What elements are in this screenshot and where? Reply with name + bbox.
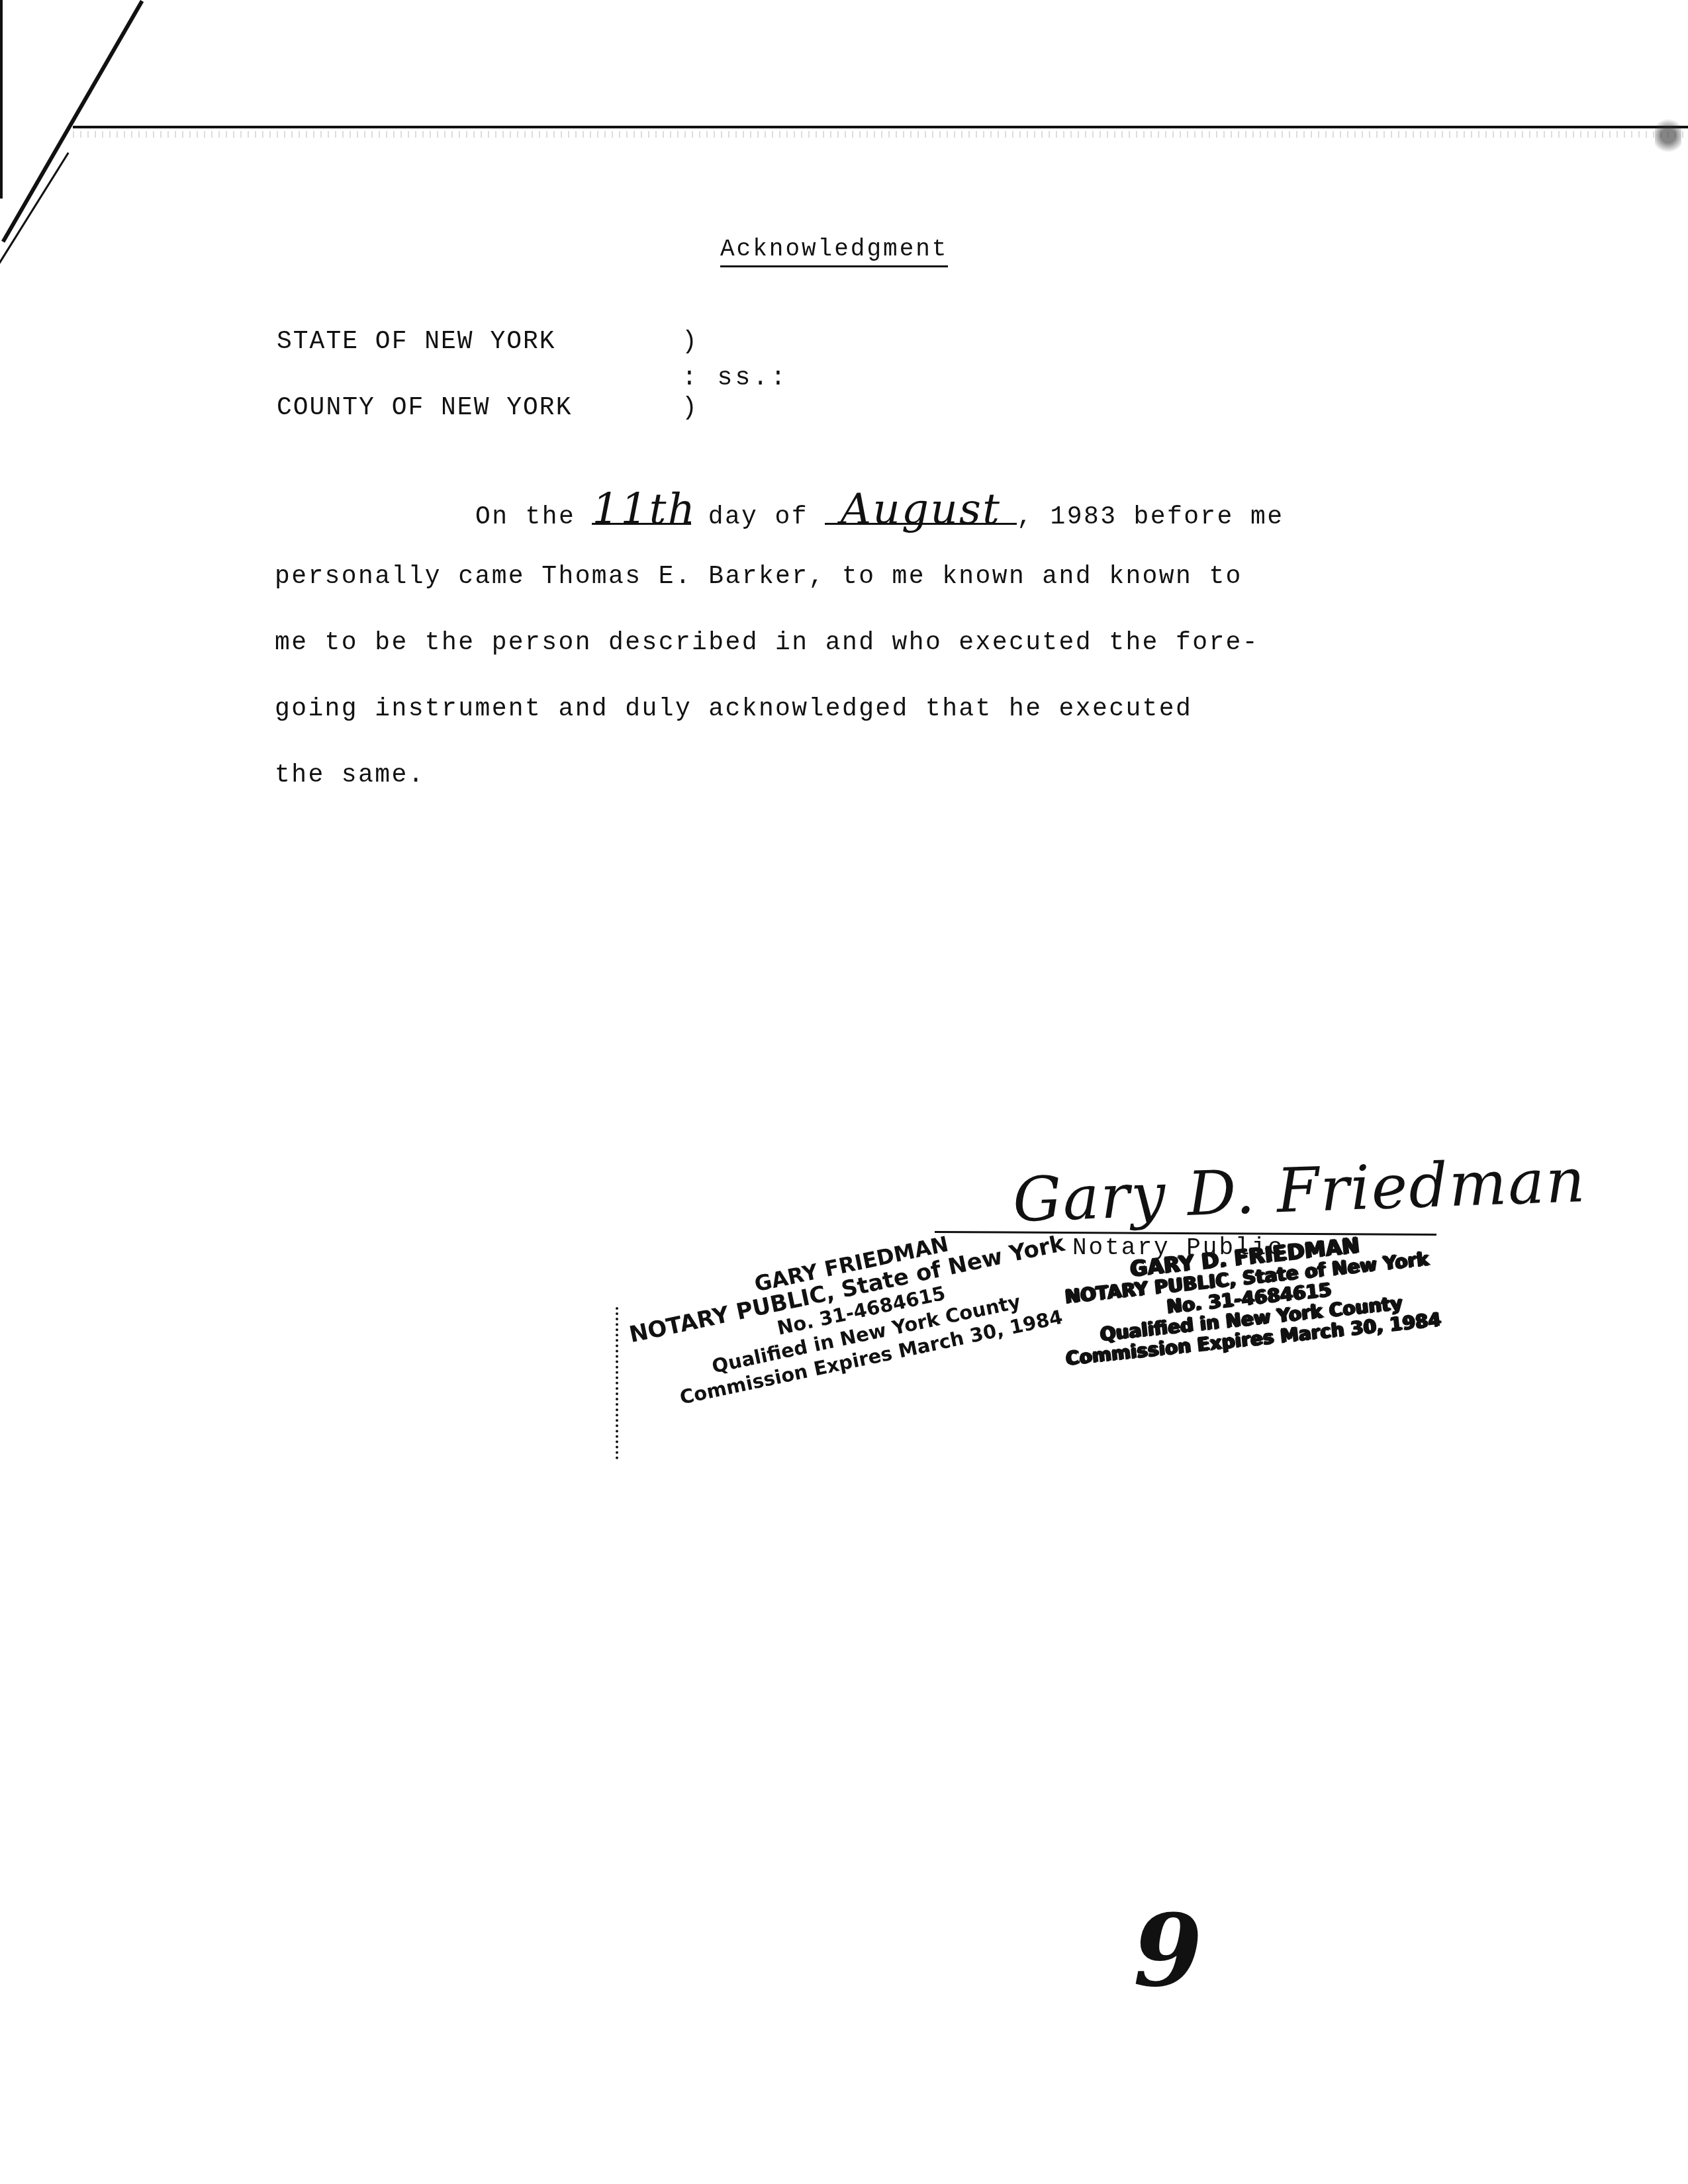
body-line-3: me to be the person described in and who…	[275, 629, 1259, 657]
venue-state: STATE OF NEW YORK	[277, 328, 556, 356]
document-title: Acknowledgment	[720, 236, 948, 267]
scan-edge-mark	[0, 0, 3, 199]
body-line-1-suffix: , 1983 before me	[1017, 503, 1284, 531]
page-number: 9	[1133, 1893, 1202, 2009]
venue-county: COUNTY OF NEW YORK	[277, 394, 572, 422]
scan-speckle	[73, 131, 1688, 138]
day-field: 11th	[592, 496, 691, 525]
scan-diagonal-fold	[1, 0, 144, 243]
venue-bracket-top: )	[682, 328, 697, 356]
body-line-1-mid: day of	[708, 503, 808, 531]
venue-ss: : ss.:	[682, 364, 788, 392]
notary-signature: Gary D. Friedman	[1011, 1145, 1587, 1236]
page-top-rule	[73, 126, 1688, 128]
body-line-1: On the 11th day of August, 1983 before m…	[475, 496, 1284, 531]
body-line-2: personally came Thomas E. Barker, to me …	[275, 563, 1243, 591]
venue-bracket-bottom: )	[682, 394, 697, 422]
body-line-1-prefix: On the	[475, 503, 575, 531]
month-field: August	[825, 496, 1017, 525]
body-line-4: going instrument and duly acknowledged t…	[275, 695, 1192, 723]
notary-stamp-primary: GARY FRIEDMAN NOTARY PUBLIC, State of Ne…	[622, 1204, 1100, 1417]
body-line-5: the same.	[275, 761, 425, 790]
scan-smudge	[1655, 116, 1681, 156]
